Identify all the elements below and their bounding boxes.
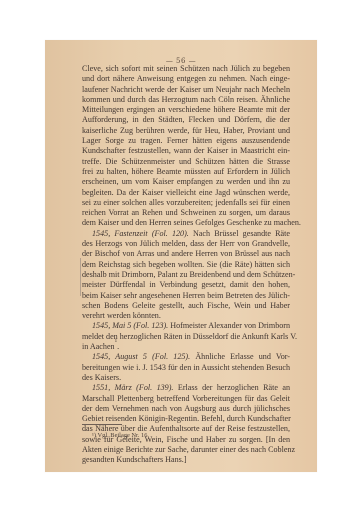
entry-date: 1545, Mai 5 (Fol. 123).	[92, 321, 168, 330]
text-line: laufener Nachricht werde der Kaiser um N…	[82, 85, 290, 95]
line-text: sei zu einer solchen alles vorzubereiten…	[82, 198, 290, 207]
line-text: gesandten Kundschafters Hans.]	[82, 455, 187, 464]
text-line: kaiserliche Zug berühren werde, für Heu,…	[82, 126, 290, 136]
entry-date: 1545, August 5 (Fol. 125).	[92, 352, 190, 361]
text-line: 1545, August 5 (Fol. 125). Ähnliche Erla…	[82, 352, 290, 362]
line-text: frei zu halten, höhere Beamte müssten au…	[82, 167, 290, 176]
line-text: Akten einige Berichte zur Sache, darunte…	[82, 445, 295, 454]
entry-date: 1551, März (Fol. 139).	[92, 383, 173, 392]
footnote: ¹) Vgl. Beilage Nr. 16.	[92, 432, 149, 439]
line-text: schen Bodens Geleite gestellt, auch Fisc…	[82, 301, 290, 310]
text-line: verehrt werden könnten.	[82, 311, 290, 321]
line-text: Marschall Plettenberg betreffend Vorbere…	[82, 394, 290, 403]
text-line: Marschall Plettenberg betreffend Vorbere…	[82, 394, 290, 404]
line-text: Cleve, sich sofort mit seinen Schützen n…	[82, 64, 290, 73]
text-line: Lager Sorge zu tragen. Ferner hätten eig…	[82, 136, 290, 146]
line-text: in Aachen	[82, 342, 115, 351]
body-text: Cleve, sich sofort mit seinen Schützen n…	[82, 64, 290, 466]
line-text: deshalb mit Drimborn, Palant zu Breidenb…	[82, 270, 295, 279]
line-text: Erlass der herzoglichen Räte an	[173, 383, 290, 392]
pencil-margin-mark	[80, 258, 81, 296]
footnote-text: Vgl. Beilage Nr. 16.	[96, 432, 149, 439]
line-text: kommen und durch das Herzogtum nach Cöln…	[82, 95, 290, 104]
text-line: Akten einige Berichte zur Sache, darunte…	[82, 445, 290, 455]
text-line: Kundschafter festzustellen, wann der Kai…	[82, 146, 290, 156]
text-line: des Herzogs von Jülich melden, dass der …	[82, 239, 290, 249]
line-text: Gebiet reisenden Königin-Regentin. Befeh…	[82, 414, 291, 423]
text-line: kommen und durch das Herzogtum nach Cöln…	[82, 95, 290, 105]
text-line: begleiten. Da der Kaiser vielleicht eine…	[82, 188, 290, 198]
line-text: treffe. Die Schützenmeister und Schützen…	[82, 157, 290, 166]
line-text: Nach Brüssel gesandte Räte	[189, 229, 290, 238]
text-line: sei zu einer solchen alles vorzubereiten…	[82, 198, 290, 208]
text-line: 1551, März (Fol. 139). Erlass der herzog…	[82, 383, 290, 393]
text-line: frei zu halten, höhere Beamte müssten au…	[82, 167, 290, 177]
line-text: meister Dürffendal in Verbindung gesetzt…	[82, 280, 290, 289]
text-line: des Kaisers.	[82, 373, 290, 383]
text-line: meister Dürffendal in Verbindung gesetzt…	[82, 280, 290, 290]
text-line: Aufforderung, in den Städten, Flecken un…	[82, 115, 290, 125]
text-line: beim Kaiser sehr angesehenen Herren beim…	[82, 291, 290, 301]
text-line: Gebiet reisenden Königin-Regentin. Befeh…	[82, 414, 290, 424]
line-text: verehrt werden könnten.	[82, 311, 161, 320]
line-text: Ähnliche Erlasse und Vor-	[190, 352, 290, 361]
text-line: Cleve, sich sofort mit seinen Schützen n…	[82, 64, 290, 74]
text-line: erscheinen, um vom Kaiser empfangen zu w…	[82, 177, 290, 187]
text-line: 1545, Mai 5 (Fol. 123). Hofmeister Alexa…	[82, 321, 290, 331]
text-line: dem Kaiser und den Herren seines Gefolge…	[82, 218, 290, 228]
line-text: reichen Vorrat an Rehen und Schweinen zu…	[82, 208, 290, 217]
text-line: und dort nähere Anweisung entgegen zu ne…	[82, 74, 290, 84]
text-line: deshalb mit Drimborn, Palant zu Breidenb…	[82, 270, 290, 280]
line-tail: .	[117, 342, 119, 351]
text-line: in Aachen1.	[82, 342, 290, 352]
line-text: und dort nähere Anweisung entgegen zu ne…	[82, 74, 290, 83]
text-line: Mitteilungen ergingen an verschiedene hö…	[82, 105, 290, 115]
text-line: schen Bodens Geleite gestellt, auch Fisc…	[82, 301, 290, 311]
text-line: bereitungen wie i. J. 1543 für den in Au…	[82, 363, 290, 373]
footnote-rule	[82, 424, 122, 425]
line-text: des Herzogs von Jülich melden, dass der …	[82, 239, 290, 248]
text-line: reichen Vorrat an Rehen und Schweinen zu…	[82, 208, 290, 218]
line-text: dem Reichstag sich begeben wollten. Sie …	[82, 260, 290, 269]
text-line: 1545, Fastenzeit (Fol. 120). Nach Brüsse…	[82, 229, 290, 239]
line-text: Aufforderung, in den Städten, Flecken un…	[82, 115, 290, 124]
line-text: Kundschafter festzustellen, wann der Kai…	[82, 146, 290, 155]
text-line: meldet den herzoglichen Räten in Düsseld…	[82, 332, 290, 342]
line-text: kaiserliche Zug berühren werde, für Heu,…	[82, 126, 290, 135]
text-line: der dem Vernehmen nach von Augsburg aus …	[82, 404, 290, 414]
line-text: Mitteilungen ergingen an verschiedene hö…	[82, 105, 290, 114]
line-text: dem Kaiser und den Herren seines Gefolge…	[82, 218, 301, 227]
line-text: der dem Vernehmen nach von Augsburg aus …	[82, 404, 290, 413]
text-line: dem Reichstag sich begeben wollten. Sie …	[82, 260, 290, 270]
text-line: der Bischof von Arras und andere Herren …	[82, 249, 290, 259]
text-line: treffe. Die Schützenmeister und Schützen…	[82, 157, 290, 167]
line-text: des Kaisers.	[82, 373, 121, 382]
line-text: beim Kaiser sehr angesehenen Herren beim…	[82, 291, 290, 300]
entry-date: 1545, Fastenzeit (Fol. 120).	[92, 229, 189, 238]
line-text: Hofmeister Alexander von Drimborn	[168, 321, 290, 330]
line-text: der Bischof von Arras und andere Herren …	[82, 249, 290, 258]
text-line: gesandten Kundschafters Hans.]	[82, 455, 290, 465]
line-text: laufener Nachricht werde der Kaiser um N…	[82, 85, 290, 94]
line-text: begleiten. Da der Kaiser vielleicht eine…	[82, 188, 290, 197]
line-text: bereitungen wie i. J. 1543 für den in Au…	[82, 363, 290, 372]
line-text: erscheinen, um vom Kaiser empfangen zu w…	[82, 177, 290, 186]
book-page: — 56 — Cleve, sich sofort mit seinen Sch…	[45, 40, 317, 472]
line-text: Lager Sorge zu tragen. Ferner hätten eig…	[82, 136, 290, 145]
